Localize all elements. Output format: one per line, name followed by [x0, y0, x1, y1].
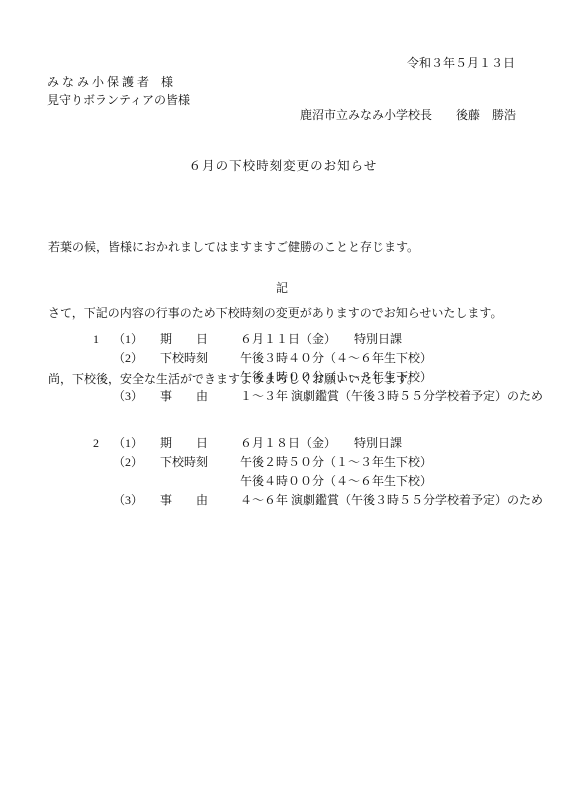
document-date: 令和３年５月１３日	[407, 56, 515, 71]
item-label-reason: 事 由	[160, 491, 240, 510]
addressee-parents: み な み 小 保 護 者 様	[47, 75, 173, 90]
item-label-date: 期 日	[160, 330, 240, 349]
item-index: （1）	[113, 434, 160, 453]
item-index: （3）	[113, 491, 160, 510]
schedule-row: （2） 下校時刻 午後２時５０分（１～３年生下校）	[93, 453, 543, 472]
item-value-dismissal-time-2: 午後４時００分（１～３年生下校）	[240, 368, 543, 387]
record-marker: 記	[0, 281, 566, 296]
schedule-row: （3） 事 由 ４～６年 演劇鑑賞（午後３時５５分学校着予定）のため	[93, 491, 543, 510]
item-index: （2）	[113, 453, 160, 472]
section-number: 2	[93, 434, 113, 453]
schedule-row: 午後４時００分（１～３年生下校）	[93, 368, 543, 387]
item-label-dismissal-time: 下校時刻	[160, 453, 240, 472]
item-value-reason: ４～６年 演劇鑑賞（午後３時５５分学校着予定）のため	[240, 491, 543, 510]
schedule-row: （2） 下校時刻 午後３時４０分（４～６年生下校）	[93, 349, 543, 368]
addressee-volunteers: 見守りボランティアの皆様	[47, 93, 190, 108]
item-label-dismissal-time: 下校時刻	[160, 349, 240, 368]
schedule-row: （3） 事 由 １～３年 演劇鑑賞（午後３時５５分学校着予定）のため	[93, 387, 543, 406]
item-label-reason: 事 由	[160, 387, 240, 406]
schedule-section-2: 2 （1） 期 日 ６月１８日（金） 特別日課 （2） 下校時刻 午後２時５０分…	[93, 434, 543, 510]
schedule-row: 2 （1） 期 日 ６月１８日（金） 特別日課	[93, 434, 543, 453]
body-line-notice: さて，下記の内容の行事のため下校時刻の変更がありますのでお知らせいたします。	[48, 302, 502, 324]
item-value-date: ６月１８日（金） 特別日課	[240, 434, 543, 453]
item-value-dismissal-time-1: 午後２時５０分（１～３年生下校）	[240, 453, 543, 472]
item-value-dismissal-time-2: 午後４時００分（４～６年生下校）	[240, 472, 543, 491]
item-value-dismissal-time-1: 午後３時４０分（４～６年生下校）	[240, 349, 543, 368]
item-index: （1）	[113, 330, 160, 349]
section-number-spacer	[93, 453, 113, 472]
sender-principal: 鹿沼市立みなみ小学校長 後藤 勝浩	[300, 108, 516, 123]
schedule-row: 午後４時００分（４～６年生下校）	[93, 472, 543, 491]
section-number-spacer	[93, 349, 113, 368]
item-index: （3）	[113, 387, 160, 406]
section-number-spacer	[93, 387, 113, 406]
item-value-date: ６月１１日（金） 特別日課	[240, 330, 543, 349]
item-index: （2）	[113, 349, 160, 368]
schedule-section-1: 1 （1） 期 日 ６月１１日（金） 特別日課 （2） 下校時刻 午後３時４０分…	[93, 330, 543, 406]
document-title: ６月の下校時刻変更のお知らせ	[0, 159, 566, 174]
document-page: 令和３年５月１３日 み な み 小 保 護 者 様 見守りボランティアの皆様 鹿…	[0, 0, 566, 800]
item-value-reason: １～３年 演劇鑑賞（午後３時５５分学校着予定）のため	[240, 387, 543, 406]
schedule-row: 1 （1） 期 日 ６月１１日（金） 特別日課	[93, 330, 543, 349]
section-number: 1	[93, 330, 113, 349]
item-label-date: 期 日	[160, 434, 240, 453]
section-number-spacer	[93, 491, 113, 510]
body-line-greeting: 若葉の候，皆様におかれましてはますますご健勝のことと存じます。	[48, 236, 502, 258]
